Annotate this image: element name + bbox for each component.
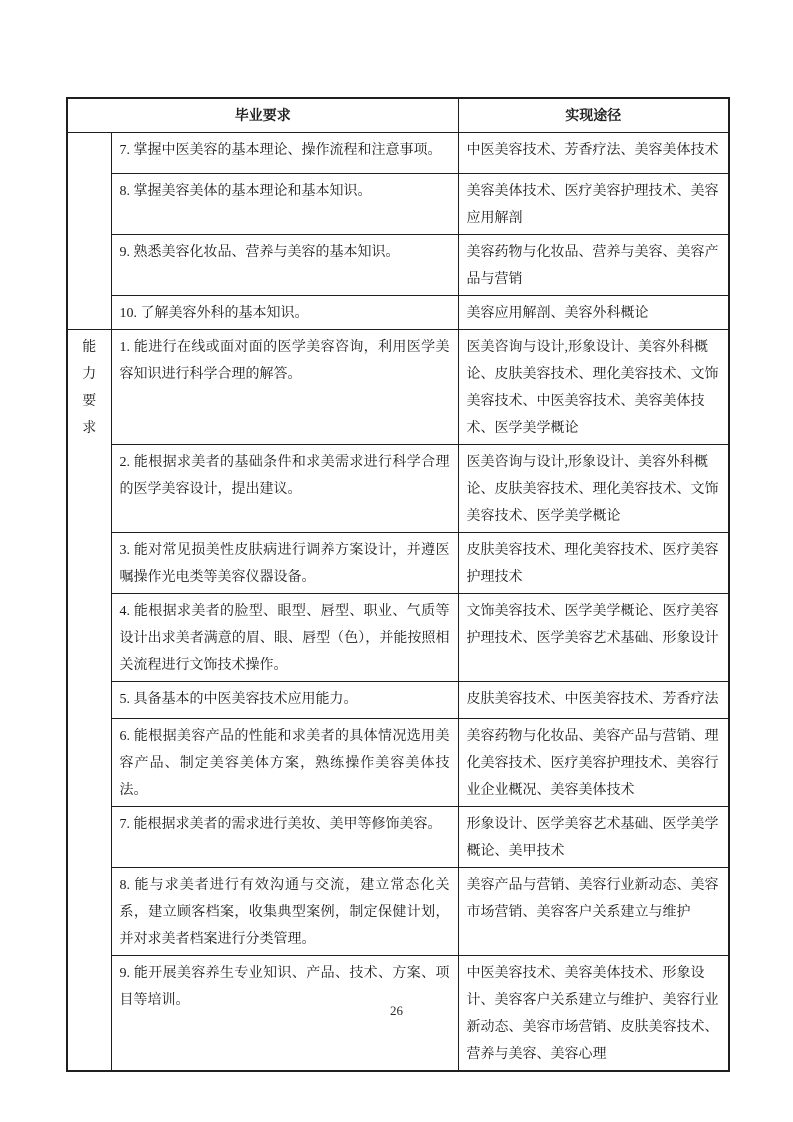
table-row: 4. 能根据求美者的脸型、眼型、唇型、职业、气质等设计出求美者满意的眉、眼、唇型… — [67, 594, 729, 682]
path-cell: 美容药物与化妆品、美容产品与营销、理化美容技术、医疗美容护理技术、美容行业企业概… — [458, 719, 729, 807]
path-cell: 美容药物与化妆品、营养与美容、美容产品与营销 — [458, 235, 729, 296]
path-cell: 皮肤美容技术、中医美容技术、芳香疗法 — [458, 682, 729, 719]
requirement-cell: 4. 能根据求美者的脸型、眼型、唇型、职业、气质等设计出求美者满意的眉、眼、唇型… — [111, 594, 458, 682]
path-cell: 形象设计、医学美容艺术基础、医学美学概论、美甲技术 — [458, 807, 729, 868]
requirement-cell: 3. 能对常见损美性皮肤病进行调养方案设计，并遵医嘱操作光电类等美容仪器设备。 — [111, 533, 458, 594]
table-row: 能力要求 1. 能进行在线或面对面的医学美容咨询，利用医学美容知识进行科学合理的… — [67, 330, 729, 445]
document-page: 毕业要求 实现途径 7. 掌握中医美容的基本理论、操作流程和注意事项。 中医美容… — [0, 0, 793, 1122]
header-graduation-requirements: 毕业要求 — [67, 98, 458, 133]
table-row: 10. 了解美容外科的基本知识。 美容应用解剖、美容外科概论 — [67, 296, 729, 330]
graduation-requirements-table: 毕业要求 实现途径 7. 掌握中医美容的基本理论、操作流程和注意事项。 中医美容… — [66, 97, 730, 1072]
path-cell: 美容产品与营销、美容行业新动态、美容市场营销、美容客户关系建立与维护 — [458, 868, 729, 956]
path-cell: 医美咨询与设计,形象设计、美容外科概论、皮肤美容技术、理化美容技术、文饰美容技术… — [458, 330, 729, 445]
path-cell: 文饰美容技术、医学美学概论、医疗美容护理技术、医学美容艺术基础、形象设计 — [458, 594, 729, 682]
requirement-cell: 8. 能与求美者进行有效沟通与交流，建立常态化关系，建立顾客档案，收集典型案例，… — [111, 868, 458, 956]
path-cell: 医美咨询与设计,形象设计、美容外科概论、皮肤美容技术、理化美容技术、文饰美容技术… — [458, 445, 729, 533]
page-number: 26 — [0, 1003, 793, 1019]
requirement-cell: 10. 了解美容外科的基本知识。 — [111, 296, 458, 330]
table-header-row: 毕业要求 实现途径 — [67, 98, 729, 133]
requirement-cell: 2. 能根据求美者的基础条件和求美需求进行科学合理的医学美容设计，提出建议。 — [111, 445, 458, 533]
requirement-cell: 7. 掌握中医美容的基本理论、操作流程和注意事项。 — [111, 133, 458, 174]
requirement-cell: 6. 能根据美容产品的性能和求美者的具体情况选用美容产品、制定美容美体方案，熟练… — [111, 719, 458, 807]
requirement-cell: 5. 具备基本的中医美容技术应用能力。 — [111, 682, 458, 719]
table-row: 7. 掌握中医美容的基本理论、操作流程和注意事项。 中医美容技术、芳香疗法、美容… — [67, 133, 729, 174]
path-cell: 中医美容技术、芳香疗法、美容美体技术 — [458, 133, 729, 174]
table-row: 3. 能对常见损美性皮肤病进行调养方案设计，并遵医嘱操作光电类等美容仪器设备。 … — [67, 533, 729, 594]
header-implementation-path: 实现途径 — [458, 98, 729, 133]
table-row: 6. 能根据美容产品的性能和求美者的具体情况选用美容产品、制定美容美体方案，熟练… — [67, 719, 729, 807]
requirement-cell: 1. 能进行在线或面对面的医学美容咨询，利用医学美容知识进行科学合理的解答。 — [111, 330, 458, 445]
table-row: 7. 能根据求美者的需求进行美妆、美甲等修饰美容。 形象设计、医学美容艺术基础、… — [67, 807, 729, 868]
path-cell: 皮肤美容技术、理化美容技术、医疗美容护理技术 — [458, 533, 729, 594]
table-row: 5. 具备基本的中医美容技术应用能力。 皮肤美容技术、中医美容技术、芳香疗法 — [67, 682, 729, 719]
table-row: 9. 熟悉美容化妆品、营养与美容的基本知识。 美容药物与化妆品、营养与美容、美容… — [67, 235, 729, 296]
table-row: 2. 能根据求美者的基础条件和求美需求进行科学合理的医学美容设计，提出建议。 医… — [67, 445, 729, 533]
table-row: 8. 掌握美容美体的基本理论和基本知识。 美容美体技术、医疗美容护理技术、美容应… — [67, 174, 729, 235]
category-cell-empty — [67, 133, 111, 330]
requirement-cell: 7. 能根据求美者的需求进行美妆、美甲等修饰美容。 — [111, 807, 458, 868]
requirement-cell: 8. 掌握美容美体的基本理论和基本知识。 — [111, 174, 458, 235]
requirement-cell: 9. 熟悉美容化妆品、营养与美容的基本知识。 — [111, 235, 458, 296]
table-row: 8. 能与求美者进行有效沟通与交流，建立常态化关系，建立顾客档案，收集典型案例，… — [67, 868, 729, 956]
category-cell-ability: 能力要求 — [67, 330, 111, 1072]
path-cell: 美容应用解剖、美容外科概论 — [458, 296, 729, 330]
path-cell: 美容美体技术、医疗美容护理技术、美容应用解剖 — [458, 174, 729, 235]
